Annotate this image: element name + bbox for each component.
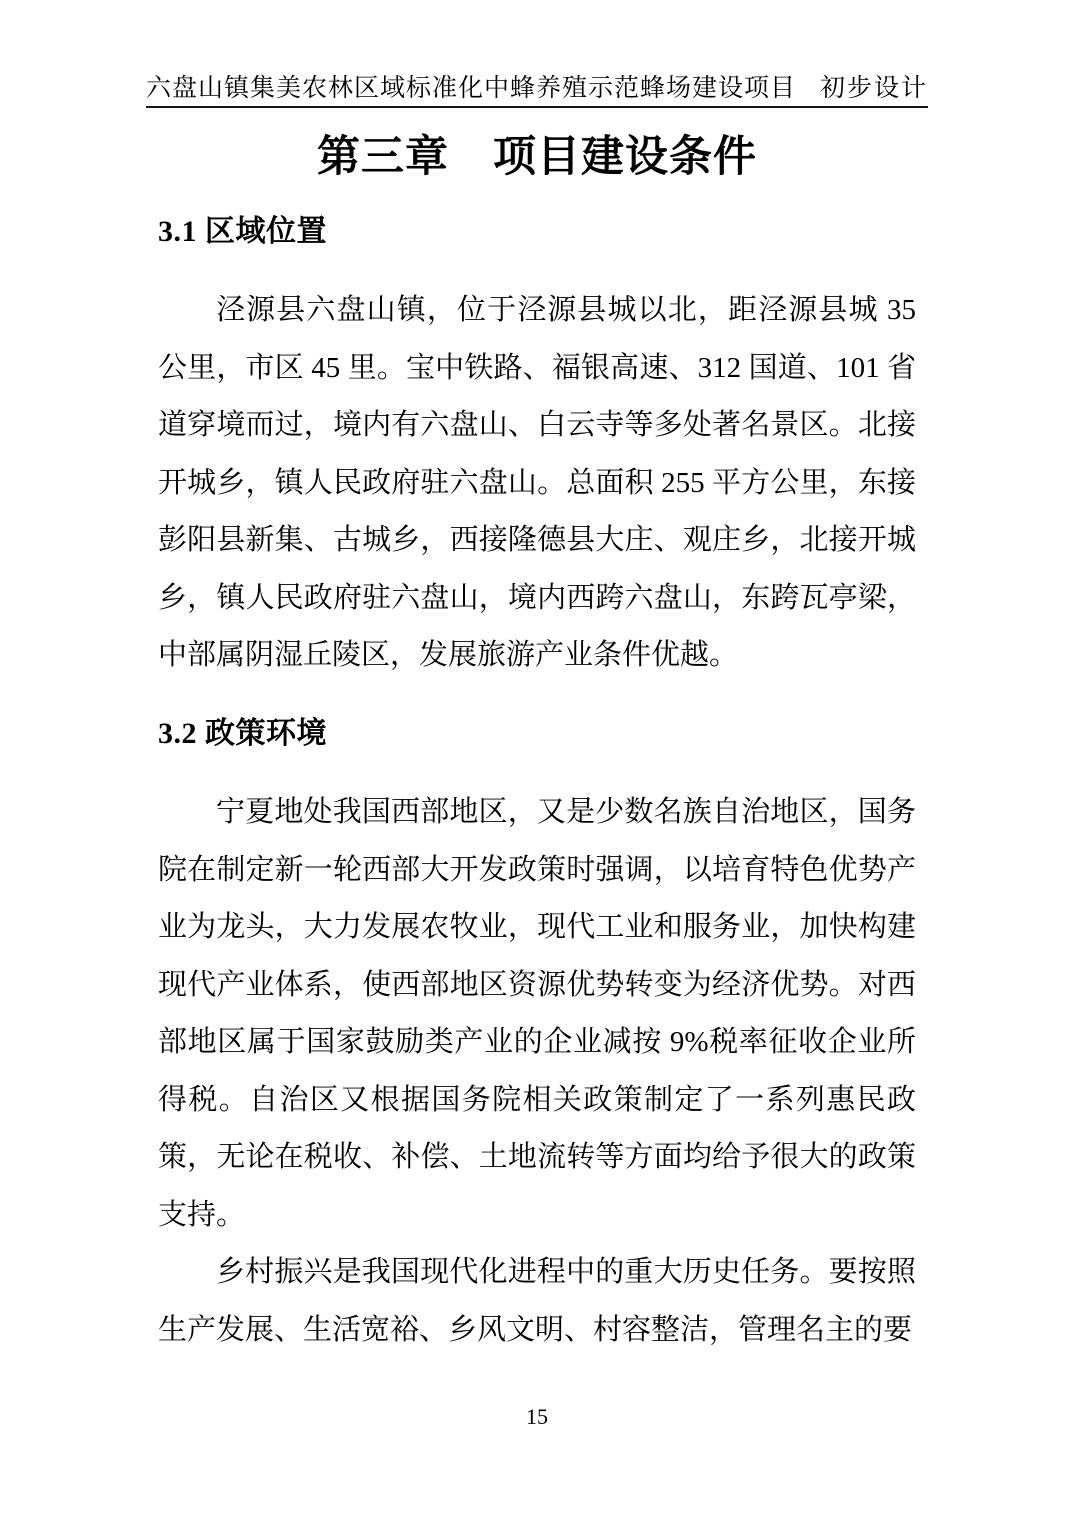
section-3-2-paragraph-1: 宁夏地处我国西部地区，又是少数名族自治地区，国务院在制定新一轮西部大开发政策时强… xyxy=(158,784,916,1244)
page-header: 六盘山镇集美农林区域标准化中蜂养殖示范蜂场建设项目 初步设计 xyxy=(146,0,928,108)
section-heading-3-2: 3.2 政策环境 xyxy=(158,715,916,753)
section-heading-3-1: 3.1 区域位置 xyxy=(158,213,916,251)
header-doc-stage-label: 初步设计 xyxy=(820,76,928,102)
header-project-title: 六盘山镇集美农林区域标准化中蜂养殖示范蜂场建设项目 xyxy=(146,76,796,102)
section-3-1-paragraph: 泾源县六盘山镇，位于泾源县城以北，距泾源县城 35 公里，市区 45 里。宝中铁… xyxy=(158,282,916,685)
document-page: 六盘山镇集美农林区域标准化中蜂养殖示范蜂场建设项目 初步设计 第三章 项目建设条… xyxy=(0,0,1074,1520)
page-footer: 15 xyxy=(0,1406,1074,1428)
chapter-title: 第三章 项目建设条件 xyxy=(158,133,916,182)
section-3-2-paragraph-2: 乡村振兴是我国现代化进程中的重大历史任务。要按照生产发展、生活宽裕、乡风文明、村… xyxy=(158,1244,916,1359)
page-number: 15 xyxy=(526,1404,548,1429)
